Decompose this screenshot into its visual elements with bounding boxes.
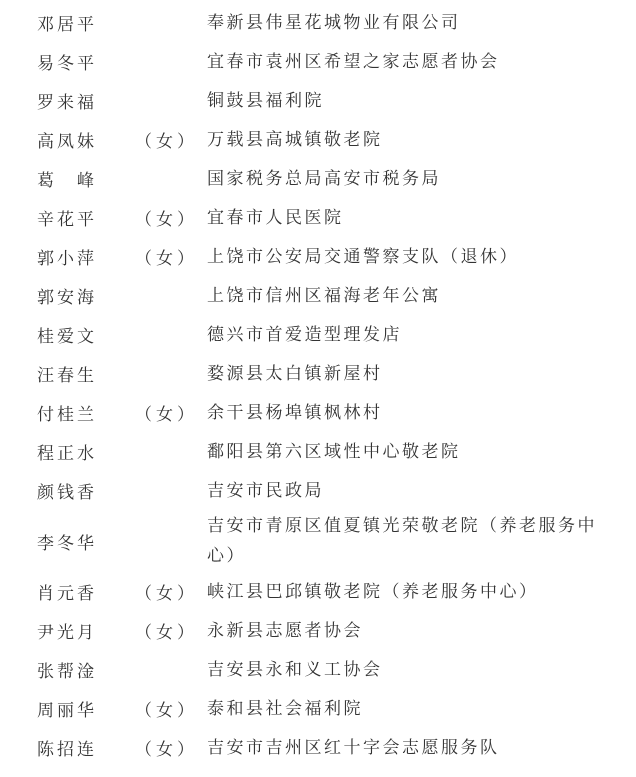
list-item: 郭安海 上饶市信州区福海老年公寓 [0,276,636,315]
organization: 奉新县伟星花城物业有限公司 [207,8,597,38]
person-name: 罗来福 [37,88,135,113]
person-name: 尹光月 [37,618,135,643]
organization: 吉安市吉州区红十字会志愿服务队 [207,733,597,763]
honoree-list: 邓居平 奉新县伟星花城物业有限公司 易冬平 宜春市袁州区希望之家志愿者协会 罗来… [0,0,636,767]
person-name: 邓居平 [37,10,135,35]
list-item: 葛 峰 国家税务总局高安市税务局 [0,159,636,198]
person-name: 高凤妹 [37,127,135,152]
organization: 余干县杨埠镇枫林村 [207,398,597,428]
organization: 永新县志愿者协会 [207,616,597,646]
list-item: 张帮淦 吉安县永和义工协会 [0,650,636,689]
organization: 上饶市公安局交通警察支队（退休） [207,242,597,272]
organization: 上饶市信州区福海老年公寓 [207,281,597,311]
organization: 铜鼓县福利院 [207,86,597,116]
gender-note: （女） [135,579,207,604]
list-item: 肖元香 （女） 峡江县巴邱镇敬老院（养老服务中心） [0,572,636,611]
gender-note: （女） [135,244,207,269]
organization: 宜春市袁州区希望之家志愿者协会 [207,47,597,77]
organization: 万载县高城镇敬老院 [207,125,597,155]
organization: 吉安市民政局 [207,476,597,506]
person-name: 郭小萍 [37,244,135,269]
person-name: 张帮淦 [37,657,135,682]
list-item: 易冬平 宜春市袁州区希望之家志愿者协会 [0,42,636,81]
organization: 峡江县巴邱镇敬老院（养老服务中心） [207,577,597,607]
person-name: 桂爱文 [37,322,135,347]
organization: 德兴市首爱造型理发店 [207,320,597,350]
list-item: 高凤妹 （女） 万载县高城镇敬老院 [0,120,636,159]
organization: 鄱阳县第六区域性中心敬老院 [207,437,597,467]
person-name: 肖元香 [37,579,135,604]
list-item: 尹光月 （女） 永新县志愿者协会 [0,611,636,650]
organization: 吉安县永和义工协会 [207,655,597,685]
gender-note: （女） [135,127,207,152]
person-name: 付桂兰 [37,400,135,425]
person-name: 程正水 [37,439,135,464]
list-item: 邓居平 奉新县伟星花城物业有限公司 [0,3,636,42]
gender-note: （女） [135,618,207,643]
list-item: 辛花平 （女） 宜春市人民医院 [0,198,636,237]
gender-note: （女） [135,400,207,425]
person-name: 郭安海 [37,283,135,308]
person-name: 颜钱香 [37,478,135,503]
person-name: 易冬平 [37,49,135,74]
gender-note: （女） [135,735,207,760]
person-name: 葛 峰 [37,166,135,191]
list-item: 颜钱香 吉安市民政局 [0,471,636,510]
list-item: 桂爱文 德兴市首爱造型理发店 [0,315,636,354]
list-item: 罗来福 铜鼓县福利院 [0,81,636,120]
person-name: 汪春生 [37,361,135,386]
organization: 婺源县太白镇新屋村 [207,359,597,389]
list-item: 周丽华 （女） 泰和县社会福利院 [0,689,636,728]
gender-note: （女） [135,205,207,230]
list-item: 付桂兰 （女） 余干县杨埠镇枫林村 [0,393,636,432]
list-item: 李冬华 吉安市青原区值夏镇光荣敬老院（养老服务中心） [0,510,636,572]
person-name: 李冬华 [37,529,135,554]
organization: 国家税务总局高安市税务局 [207,164,597,194]
person-name: 周丽华 [37,696,135,721]
person-name: 陈招连 [37,735,135,760]
organization: 宜春市人民医院 [207,203,597,233]
list-item: 陈招连 （女） 吉安市吉州区红十字会志愿服务队 [0,728,636,767]
list-item: 郭小萍 （女） 上饶市公安局交通警察支队（退休） [0,237,636,276]
gender-note: （女） [135,696,207,721]
person-name: 辛花平 [37,205,135,230]
organization: 泰和县社会福利院 [207,694,597,724]
list-item: 程正水 鄱阳县第六区域性中心敬老院 [0,432,636,471]
list-item: 汪春生 婺源县太白镇新屋村 [0,354,636,393]
organization: 吉安市青原区值夏镇光荣敬老院（养老服务中心） [207,511,597,571]
